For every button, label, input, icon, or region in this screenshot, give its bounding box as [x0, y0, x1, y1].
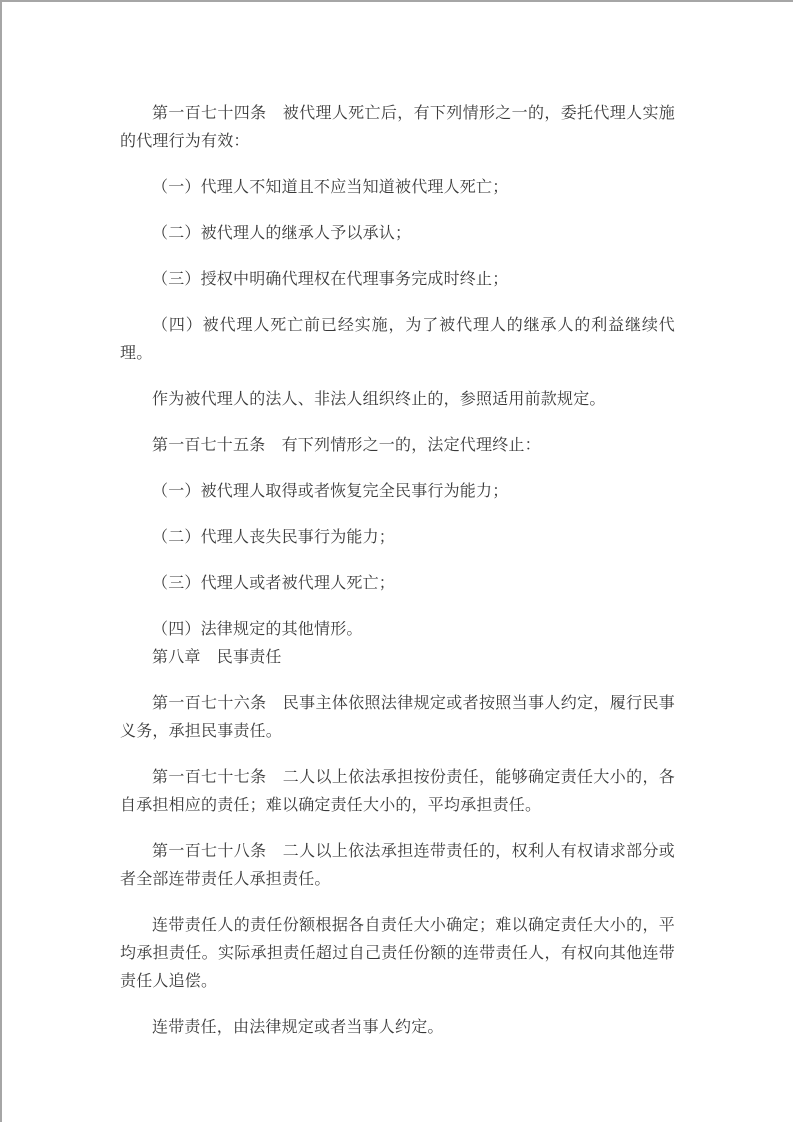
article-paragraph: 第一百七十六条 民事主体依照法律规定或者按照当事人约定，履行民事义务，承担民事责… — [120, 690, 675, 746]
document-page: 第一百七十四条 被代理人死亡后，有下列情形之一的，委托代理人实施的代理行为有效：… — [0, 0, 793, 1122]
article-paragraph: 第一百七十七条 二人以上依法承担按份责任，能够确定责任大小的，各自承担相应的责任… — [120, 764, 675, 820]
list-item-paragraph: （二）被代理人的继承人予以承认； — [120, 220, 675, 248]
body-paragraph: 作为被代理人的法人、非法人组织终止的，参照适用前款规定。 — [120, 386, 675, 414]
article-paragraph: 第一百七十八条 二人以上依法承担连带责任的，权利人有权请求部分或者全部连带责任人… — [120, 838, 675, 894]
body-paragraph: 连带责任人的责任份额根据各自责任大小确定；难以确定责任大小的，平均承担责任。实际… — [120, 912, 675, 996]
article-paragraph: 第一百七十四条 被代理人死亡后，有下列情形之一的，委托代理人实施的代理行为有效： — [120, 100, 675, 156]
list-item-paragraph: （一）被代理人取得或者恢复完全民事行为能力； — [120, 478, 675, 506]
list-item-paragraph: （三）授权中明确代理权在代理事务完成时终止； — [120, 266, 675, 294]
document-content: 第一百七十四条 被代理人死亡后，有下列情形之一的，委托代理人实施的代理行为有效：… — [120, 100, 675, 1042]
chapter-heading: 第八章 民事责任 — [120, 644, 675, 672]
article-paragraph: 第一百七十五条 有下列情形之一的，法定代理终止： — [120, 432, 675, 460]
list-item-paragraph: （四）法律规定的其他情形。 — [120, 616, 675, 644]
list-item-paragraph: （四）被代理人死亡前已经实施，为了被代理人的继承人的利益继续代理。 — [120, 312, 675, 368]
body-paragraph: 连带责任，由法律规定或者当事人约定。 — [120, 1014, 675, 1042]
list-item-paragraph: （三）代理人或者被代理人死亡； — [120, 570, 675, 598]
list-item-paragraph: （一）代理人不知道且不应当知道被代理人死亡； — [120, 174, 675, 202]
list-item-paragraph: （二）代理人丧失民事行为能力； — [120, 524, 675, 552]
